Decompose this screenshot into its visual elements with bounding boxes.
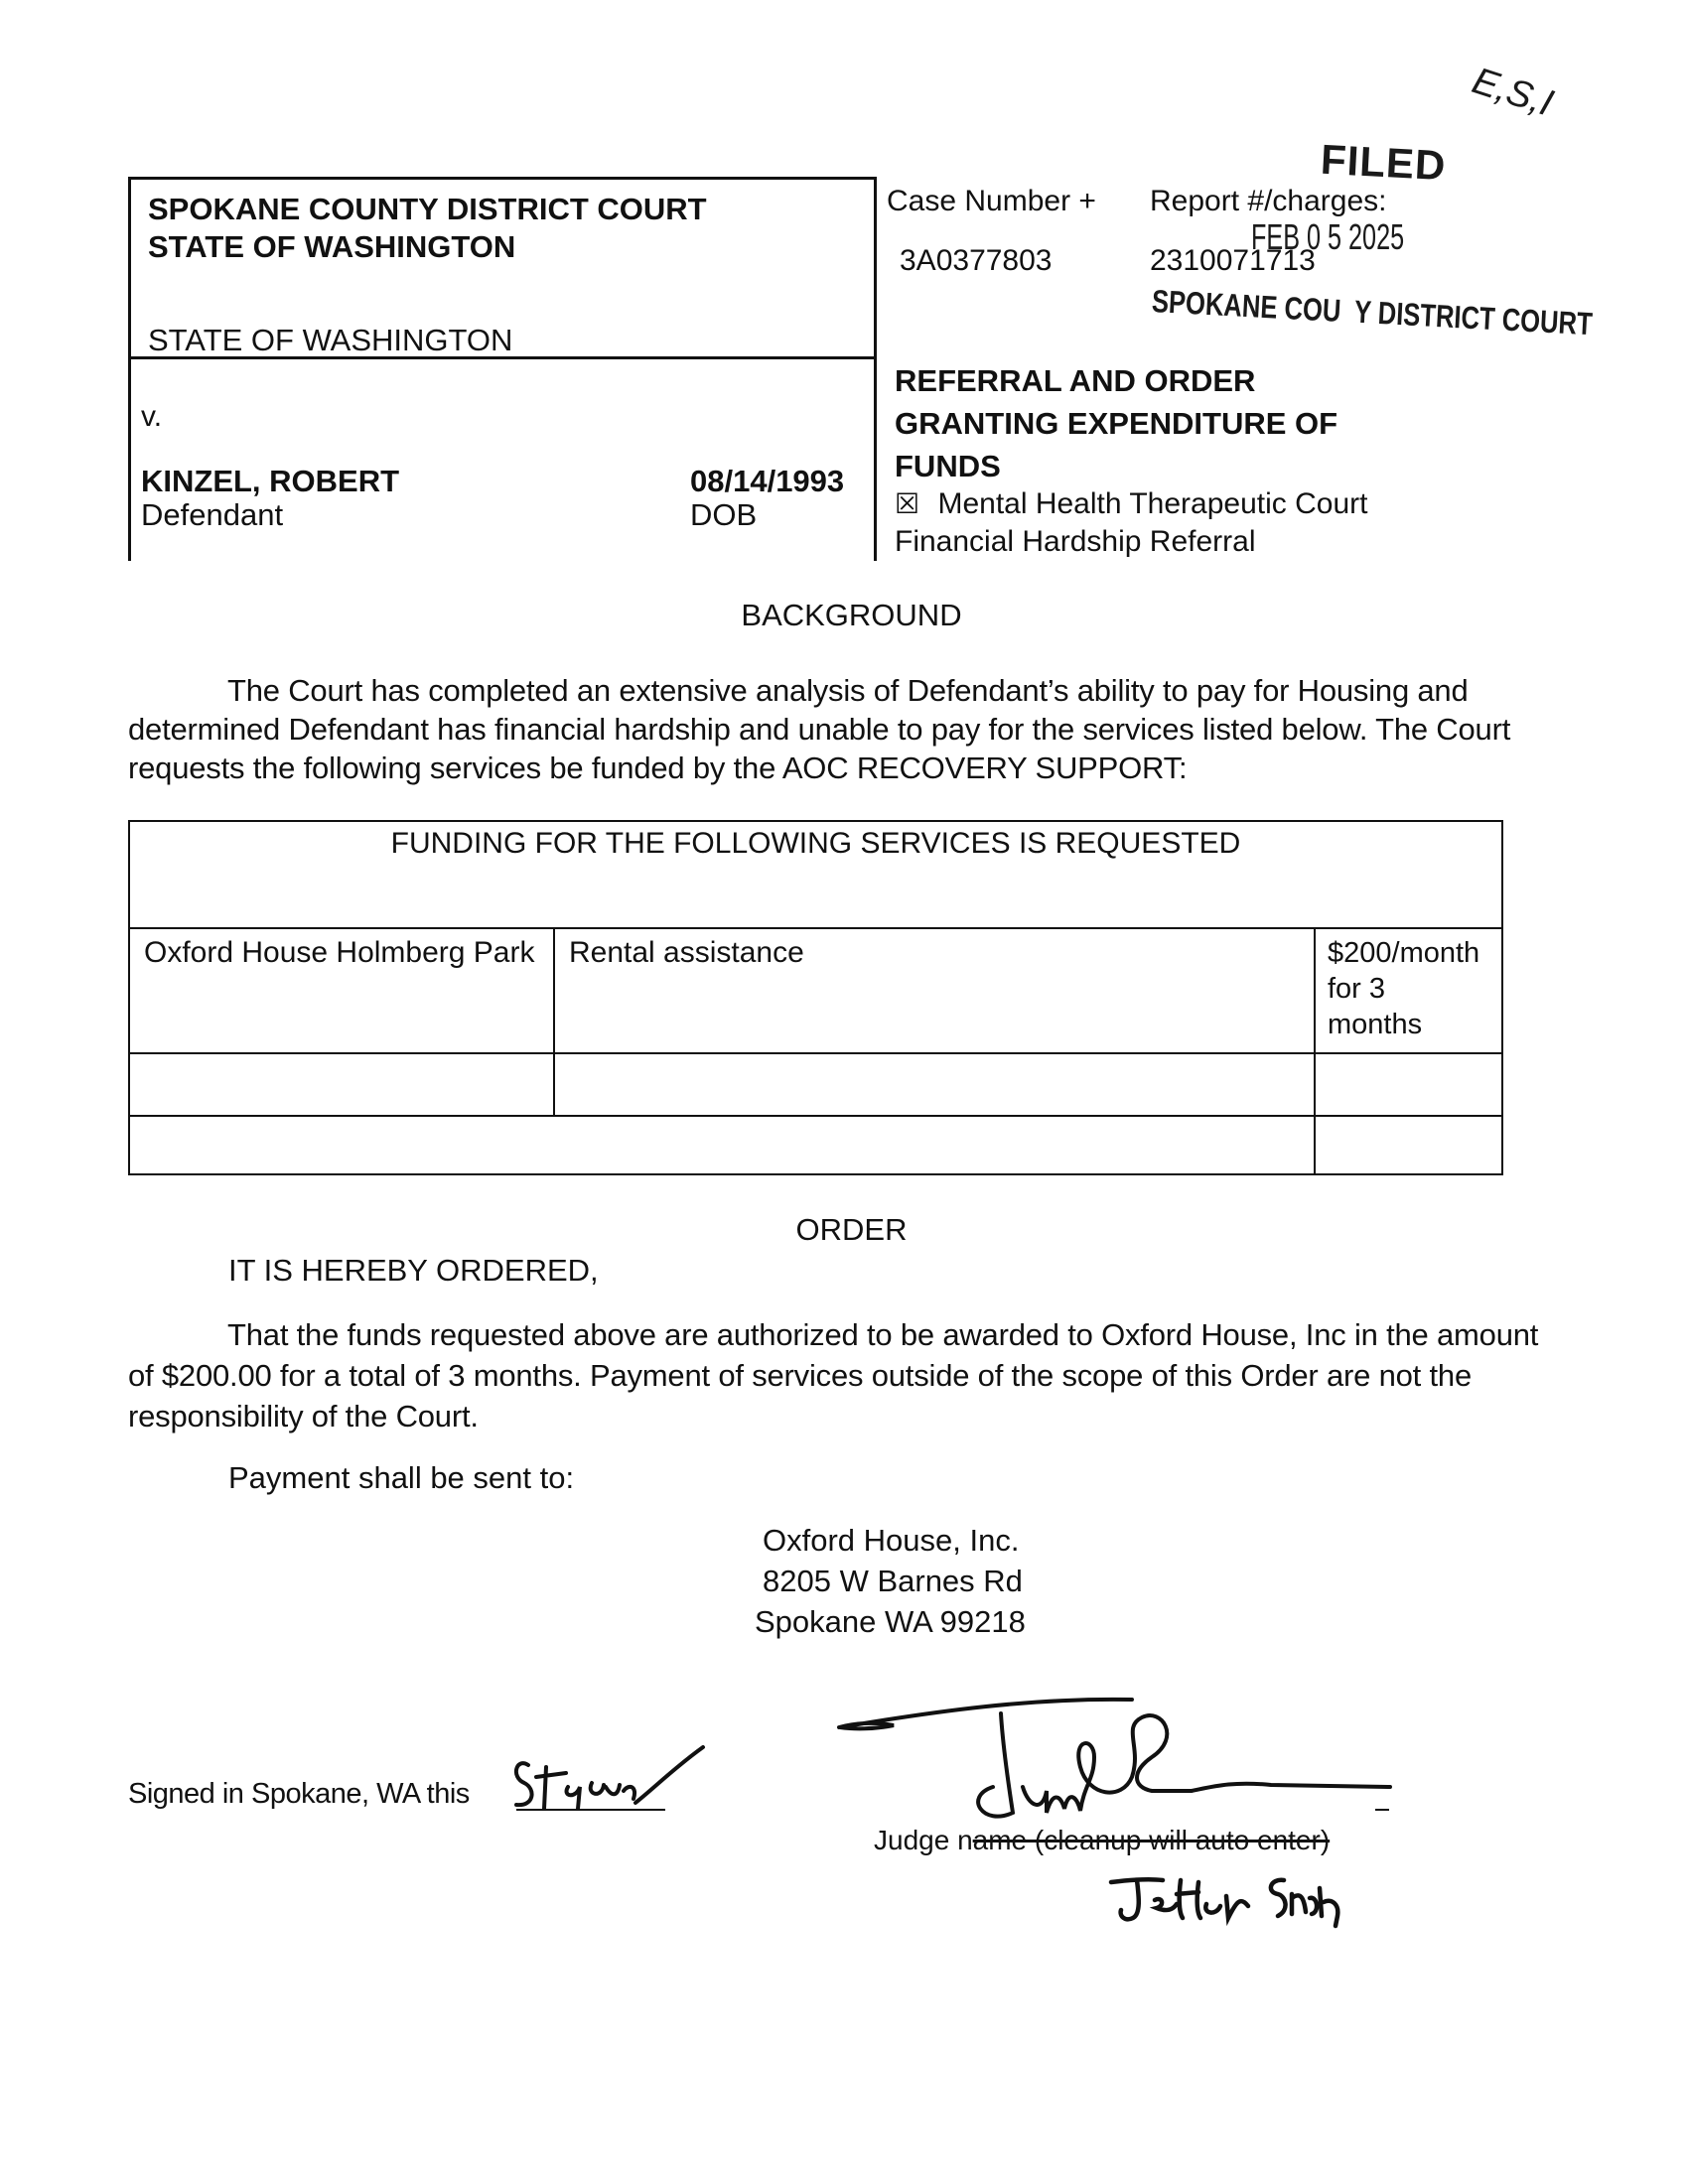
provider-cell [129, 1053, 554, 1116]
court-state: STATE OF WASHINGTON [148, 228, 515, 266]
signed-in-label: Signed in Spokane, WA this [128, 1778, 470, 1811]
dob-label: DOB [690, 496, 757, 534]
judge-name-label: Judge name (cleanup will auto enter) [874, 1825, 1330, 1856]
background-paragraph: The Court has completed an extensive ana… [128, 671, 1558, 787]
defendant-label: Defendant [141, 496, 283, 534]
report-number: 2310071713 [1150, 243, 1316, 279]
background-heading: BACKGROUND [0, 597, 1688, 634]
checked-box-icon[interactable]: ☒ [895, 487, 919, 520]
provider-cell: Oxford House Holmberg Park [129, 928, 554, 1053]
filed-stamp: FILED [1320, 136, 1448, 191]
document-title-line-3: FUNDS [895, 445, 1001, 488]
judge-name-line-marks [1375, 1809, 1389, 1811]
payee-street: 8205 W Barnes Rd [763, 1563, 1023, 1600]
amount-cell [1315, 1116, 1502, 1174]
payee-city: Spokane WA 99218 [755, 1603, 1026, 1641]
table-row [129, 1116, 1502, 1174]
provider-service-cell [129, 1116, 1315, 1174]
amount-cell: $200/month for 3 months [1315, 928, 1502, 1053]
judge-label-prefix: Judge n [874, 1825, 973, 1855]
funding-table: FUNDING FOR THE FOLLOWING SERVICES IS RE… [128, 820, 1503, 1175]
judge-printed-name-handwriting [1107, 1866, 1385, 1946]
program-checkbox-row: ☒ Mental Health Therapeutic Court [895, 486, 1367, 522]
report-label: Report #/charges: [1150, 184, 1386, 219]
defendant-dob: 08/14/1993 [690, 463, 844, 500]
funding-table-header-row: FUNDING FOR THE FOLLOWING SERVICES IS RE… [129, 821, 1502, 928]
service-cell: Rental assistance [554, 928, 1315, 1053]
case-number: 3A0377803 [900, 243, 1053, 279]
versus: v. [141, 399, 162, 435]
table-row: Oxford House Holmberg Park Rental assist… [129, 928, 1502, 1053]
document-title-line-1: REFERRAL AND ORDER [895, 359, 1255, 403]
table-row [129, 1053, 1502, 1116]
caption-divider-right [874, 357, 877, 561]
signed-date-handwriting [506, 1747, 745, 1827]
stamp-initials: E,S,I [1467, 60, 1558, 125]
judge-label-struck: ame (cleanup will auto enter) [973, 1825, 1331, 1855]
court-name: SPOKANE COUNTY DISTRICT COURT [148, 191, 707, 228]
payee-name: Oxford House, Inc. [763, 1522, 1019, 1560]
funding-table-header: FUNDING FOR THE FOLLOWING SERVICES IS RE… [129, 821, 1502, 928]
order-paragraph: That the funds requested above are autho… [128, 1314, 1558, 1436]
payment-intro: Payment shall be sent to: [228, 1459, 574, 1497]
filed-court-stamp: SPOKANE COU Y DISTRICT COURT [1151, 283, 1594, 342]
hereby-ordered: IT IS HEREBY ORDERED, [228, 1252, 599, 1290]
plaintiff: STATE OF WASHINGTON [148, 322, 512, 359]
program-checkbox-label: Mental Health Therapeutic Court [937, 487, 1367, 520]
judge-signature [834, 1688, 1450, 1846]
caption-box-bottom-left-border [128, 357, 131, 561]
defendant-name: KINZEL, ROBERT [141, 463, 399, 500]
document-subtitle: Financial Hardship Referral [895, 524, 1256, 560]
amount-cell [1315, 1053, 1502, 1116]
order-heading: ORDER [0, 1211, 1688, 1249]
document-title-line-2: GRANTING EXPENDITURE OF [895, 402, 1337, 446]
case-number-label: Case Number + [887, 184, 1096, 219]
service-cell [554, 1053, 1315, 1116]
